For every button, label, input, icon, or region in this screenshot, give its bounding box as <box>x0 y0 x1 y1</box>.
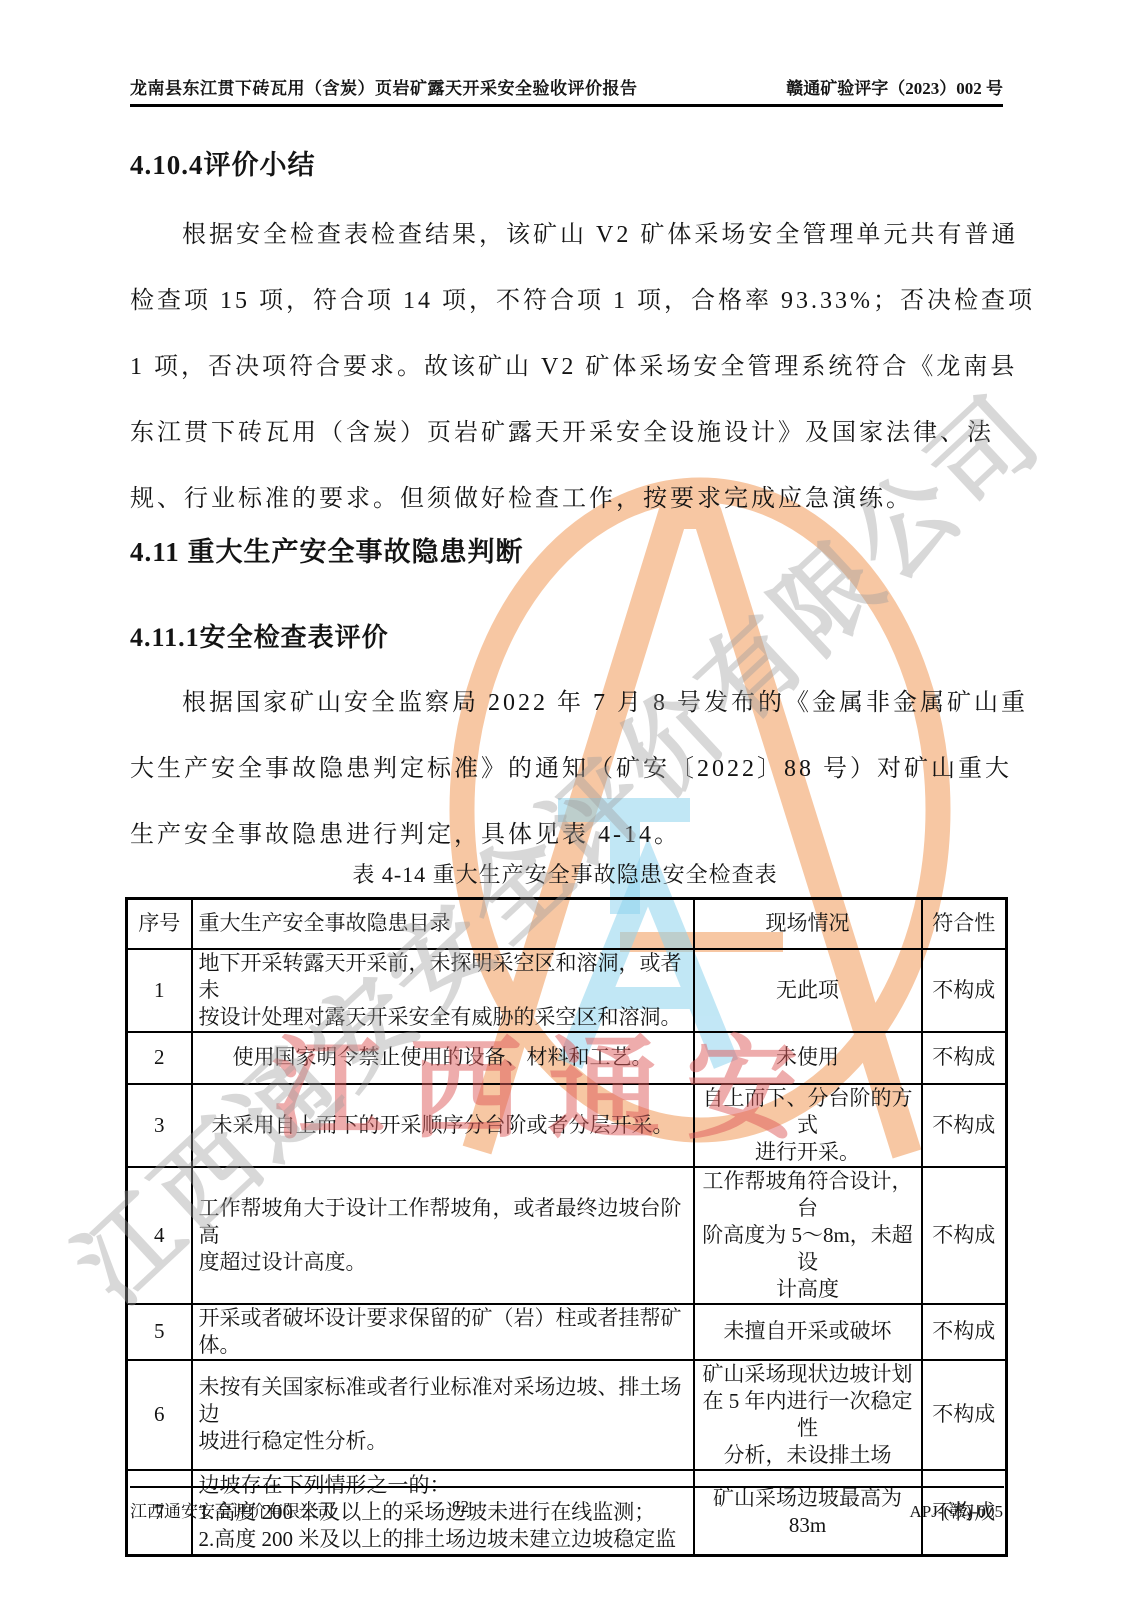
row-no: 1 <box>127 949 192 1032</box>
footer-page-number: 62 <box>452 1497 469 1517</box>
row-site: 无此项 <box>694 949 922 1032</box>
header-rule <box>130 104 1003 107</box>
row-item: 开采或者破坏设计要求保留的矿（岩）柱或者挂帮矿体。 <box>192 1304 694 1360</box>
paragraph1-line: 规、行业标准的要求。但须做好检查工作，按要求完成应急演练。 <box>130 478 913 513</box>
table-row: 6 未按有关国家标准或者行业标准对采场边坡、排土场边 坡进行稳定性分析。 矿山采… <box>127 1360 1007 1470</box>
row-verdict: 不构成 <box>922 1032 1007 1084</box>
row-site: 工作帮坡角符合设计，台 阶高度为 5～8m，未超设 计高度 <box>694 1167 922 1304</box>
row-verdict: 不构成 <box>922 949 1007 1032</box>
row-verdict: 不构成 <box>922 1304 1007 1360</box>
row-item: 工作帮坡角大于设计工作帮坡角，或者最终边坡台阶高 度超过设计高度。 <box>192 1167 694 1304</box>
row-site: 矿山采场现状边坡计划 在 5 年内进行一次稳定性 分析，未设排土场 <box>694 1360 922 1470</box>
paragraph1-line: 根据安全检查表检查结果，该矿山 V2 矿体采场安全管理单元共有普通 <box>182 214 1018 249</box>
table-row: 1 地下开采转露天开采前，未探明采空区和溶洞，或者未 按设计处理对露天开采安全有… <box>127 949 1007 1032</box>
col-header-site: 现场情况 <box>694 899 922 949</box>
row-site: 矿山采场边坡最高为 83m <box>694 1470 922 1556</box>
row-no: 2 <box>127 1032 192 1084</box>
paragraph1-line: 检查项 15 项，符合项 14 项，不符合项 1 项，合格率 93.33%；否决… <box>130 280 1035 315</box>
table-row: 4 工作帮坡角大于设计工作帮坡角，或者最终边坡台阶高 度超过设计高度。 工作帮坡… <box>127 1167 1007 1304</box>
row-item: 未按有关国家标准或者行业标准对采场边坡、排土场边 坡进行稳定性分析。 <box>192 1360 694 1470</box>
row-no: 5 <box>127 1304 192 1360</box>
table-row: 2 使用国家明令禁止使用的设备、材料和工艺。 未使用 不构成 <box>127 1032 1007 1084</box>
col-header-item: 重大生产安全事故隐患目录 <box>192 899 694 949</box>
section-heading-4-10-4: 4.10.4评价小结 <box>130 143 316 182</box>
footer-rule <box>130 1486 1004 1488</box>
row-item: 未采用自上而下的开采顺序分台阶或者分层开采。 <box>192 1084 694 1167</box>
paragraph2-line: 大生产安全事故隐患判定标准》的通知（矿安〔2022〕88 号）对矿山重大 <box>130 748 1012 783</box>
row-verdict: 不构成 <box>922 1167 1007 1304</box>
row-site: 未擅自开采或破坏 <box>694 1304 922 1360</box>
document-page: 龙南县东江贯下砖瓦用（含炭）页岩矿露天开采安全验收评价报告 赣通矿验评字（202… <box>0 0 1130 1600</box>
section-heading-4-11: 4.11 重大生产安全事故隐患判断 <box>130 530 524 569</box>
section-heading-4-11-1: 4.11.1安全检查表评价 <box>130 617 389 654</box>
row-no: 4 <box>127 1167 192 1304</box>
row-verdict: 不构成 <box>922 1360 1007 1470</box>
row-verdict: 不构成 <box>922 1084 1007 1167</box>
table-caption: 表 4-14 重大生产安全事故隐患安全检查表 <box>125 858 1005 889</box>
hazard-checklist-table: 序号 重大生产安全事故隐患目录 现场情况 符合性 1 地下开采转露天开采前，未探… <box>125 897 1008 1557</box>
paragraph1-line: 东江贯下砖瓦用（含炭）页岩矿露天开采安全设施设计》及国家法律、法 <box>130 412 994 447</box>
col-header-verdict: 符合性 <box>922 899 1007 949</box>
paragraph1-line: 1 项，否决项符合要求。故该矿山 V2 矿体采场安全管理系统符合《龙南县 <box>130 346 1017 381</box>
table-row: 3 未采用自上而下的开采顺序分台阶或者分层开采。 自上而下、分台阶的方式 进行开… <box>127 1084 1007 1167</box>
row-no: 6 <box>127 1360 192 1470</box>
row-item: 使用国家明令禁止使用的设备、材料和工艺。 <box>192 1032 694 1084</box>
row-no: 3 <box>127 1084 192 1167</box>
paragraph2-line: 根据国家矿山安全监察局 2022 年 7 月 8 号发布的《金属非金属矿山重 <box>182 682 1028 717</box>
table-row: 5 开采或者破坏设计要求保留的矿（岩）柱或者挂帮矿体。 未擅自开采或破坏 不构成 <box>127 1304 1007 1360</box>
table-header-row: 序号 重大生产安全事故隐患目录 现场情况 符合性 <box>127 899 1007 949</box>
paragraph2-line: 生产安全事故隐患进行判定，具体见表 4-14。 <box>130 814 681 849</box>
page-header-title: 龙南县东江贯下砖瓦用（含炭）页岩矿露天开采安全验收评价报告 <box>130 74 638 99</box>
page-header-doc-number: 赣通矿验评字（2023）002 号 <box>786 74 1003 99</box>
footer-company: 江西通安安全评价有限公司 <box>130 1497 334 1522</box>
row-site: 未使用 <box>694 1032 922 1084</box>
row-item: 地下开采转露天开采前，未探明采空区和溶洞，或者未 按设计处理对露天开采安全有威胁… <box>192 949 694 1032</box>
row-site: 自上而下、分台阶的方式 进行开采。 <box>694 1084 922 1167</box>
footer-doc-code: APJ-(赣)-005 <box>910 1497 1004 1522</box>
col-header-no: 序号 <box>127 899 192 949</box>
